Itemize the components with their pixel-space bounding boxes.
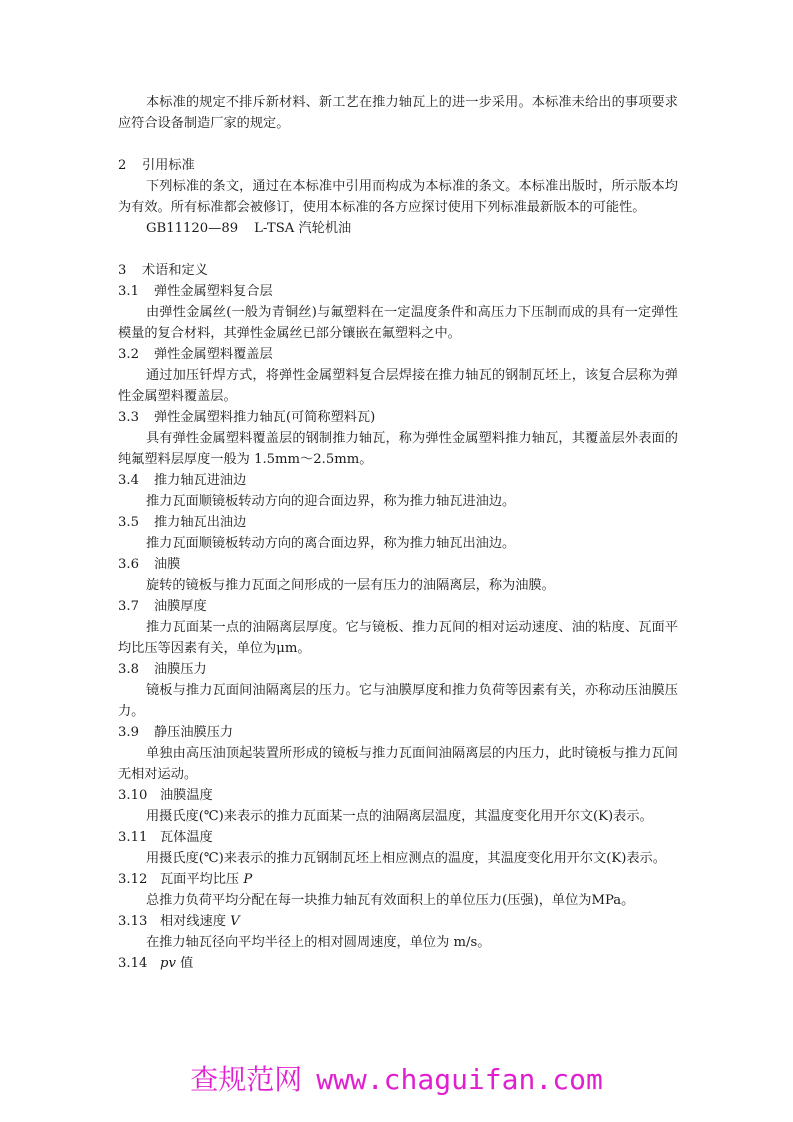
term-definition: 推力瓦面顺镜板转动方向的离合面边界，称为推力轴瓦出油边。 [118, 533, 678, 554]
reference-code: GB11120—89 [146, 218, 238, 239]
term-number: 3.2 [118, 344, 154, 365]
term-definition: 旋转的镜板与推力瓦面之间形成的一层有压力的油隔离层，称为油膜。 [118, 575, 678, 596]
term-title: 弹性金属塑料复合层 [154, 284, 273, 299]
term-heading: 3.3弹性金属塑料推力轴瓦(可简称塑料瓦) [118, 407, 678, 428]
term-definition: 推力瓦面某一点的油隔离层厚度。它与镜板、推力瓦间的相对运动速度、油的粘度、瓦面平… [118, 617, 678, 659]
spacer [118, 134, 678, 155]
term-number: 3.5 [118, 512, 154, 533]
term-number: 3.9 [118, 722, 154, 743]
term-number: 3.7 [118, 596, 154, 617]
term-heading: 3.7油膜厚度 [118, 596, 678, 617]
term-definition: 通过加压钎焊方式，将弹性金属塑料复合层焊接在推力轴瓦的钢制瓦坯上，该复合层称为弹… [118, 365, 678, 407]
term-symbol: V [230, 914, 240, 929]
term-title: 瓦体温度 [160, 830, 213, 845]
term-number: 3.4 [118, 470, 154, 491]
term-heading: 3.1弹性金属塑料复合层 [118, 281, 678, 302]
term-heading: 3.13相对线速度 V [118, 911, 678, 932]
term-title: 弹性金属塑料覆盖层 [154, 347, 273, 362]
term-definition: 用摄氏度(℃)来表示的推力瓦钢制瓦坯上相应测点的温度，其温度变化用开尔文(K)表… [118, 848, 678, 869]
term-definition: 镜板与推力瓦面间油隔离层的压力。它与油膜厚度和推力负荷等因素有关，亦称动压油膜压… [118, 680, 678, 722]
term-title: 推力轴瓦出油边 [154, 515, 246, 530]
term-heading: 3.4推力轴瓦进油边 [118, 470, 678, 491]
term-title: 油膜压力 [154, 662, 207, 677]
term-number: 3.8 [118, 659, 154, 680]
term-definition: 总推力负荷平均分配在每一块推力轴瓦有效面积上的单位压力(压强)，单位为MPa。 [118, 890, 678, 911]
term-heading: 3.5推力轴瓦出油边 [118, 512, 678, 533]
term-definition: 用摄氏度(℃)来表示的推力瓦面某一点的油隔离层温度，其温度变化用开尔文(K)表示… [118, 806, 678, 827]
reference-item: GB11120—89L-TSA 汽轮机油 [118, 218, 678, 239]
term-heading: 3.14pv 值 [118, 953, 678, 974]
section-heading: 2引用标准 [118, 155, 678, 176]
reference-title: L-TSA 汽轮机油 [254, 221, 351, 236]
term-title: 瓦面平均比压 [160, 872, 239, 887]
watermark-site-name: 查规范网 [190, 1063, 302, 1096]
term-title: 油膜厚度 [154, 599, 207, 614]
term-list: 3.1弹性金属塑料复合层由弹性金属丝(一般为青铜丝)与氟塑料在一定温度条件和高压… [118, 281, 678, 953]
term-definition: 在推力轴瓦径向平均半径上的相对圆周速度，单位为 m/s。 [118, 932, 678, 953]
section-title: 引用标准 [142, 158, 195, 173]
term-number: 3.1 [118, 281, 154, 302]
term-number: 3.6 [118, 554, 154, 575]
watermark-url: www.chaguifan.com [316, 1063, 603, 1096]
intro-paragraph: 本标准的规定不排斥新材料、新工艺在推力轴瓦上的进一步采用。本标准未给出的事项要求… [118, 92, 678, 134]
section-title: 术语和定义 [142, 263, 208, 278]
section-paragraph: 下列标准的条文，通过在本标准中引用而构成为本标准的条文。本标准出版时，所示版本均… [118, 176, 678, 218]
watermark: 查规范网www.chaguifan.com [0, 1058, 793, 1098]
term-heading: 3.9静压油膜压力 [118, 722, 678, 743]
section-heading: 3术语和定义 [118, 260, 678, 281]
term-heading: 3.6油膜 [118, 554, 678, 575]
term-number: 3.11 [118, 827, 160, 848]
term-title: 推力轴瓦进油边 [154, 473, 246, 488]
term-number: 3.13 [118, 911, 160, 932]
term-symbol: P [243, 872, 252, 887]
section-number: 3 [118, 260, 142, 281]
term-heading: 3.11瓦体温度 [118, 827, 678, 848]
term-number: 3.12 [118, 869, 160, 890]
term-definition: 推力瓦面顺镜板转动方向的迎合面边界，称为推力轴瓦进油边。 [118, 491, 678, 512]
section-number: 2 [118, 155, 142, 176]
term-title: 静压油膜压力 [154, 725, 233, 740]
term-title: 相对线速度 [160, 914, 226, 929]
term-title: 弹性金属塑料推力轴瓦(可简称塑料瓦) [154, 410, 375, 425]
term-number: 3.14 [118, 953, 160, 974]
term-title: 油膜 [154, 557, 180, 572]
term-heading: 3.2弹性金属塑料覆盖层 [118, 344, 678, 365]
term-definition: 由弹性金属丝(一般为青铜丝)与氟塑料在一定温度条件和高压力下压制而成的具有一定弹… [118, 302, 678, 344]
document-page: 本标准的规定不排斥新材料、新工艺在推力轴瓦上的进一步采用。本标准未给出的事项要求… [118, 92, 678, 974]
term-heading: 3.10油膜温度 [118, 785, 678, 806]
term-heading: 3.12瓦面平均比压 P [118, 869, 678, 890]
term-number: 3.3 [118, 407, 154, 428]
spacer [118, 239, 678, 260]
term-number: 3.10 [118, 785, 160, 806]
term-title: 油膜温度 [160, 788, 213, 803]
term-heading: 3.8油膜压力 [118, 659, 678, 680]
term-definition: 单独由高压油顶起装置所形成的镜板与推力瓦面间油隔离层的内压力，此时镜板与推力瓦间… [118, 743, 678, 785]
term-title: 值 [180, 956, 193, 971]
term-symbol: pv [160, 956, 176, 971]
term-definition: 具有弹性金属塑料覆盖层的钢制推力轴瓦，称为弹性金属塑料推力轴瓦，其覆盖层外表面的… [118, 428, 678, 470]
